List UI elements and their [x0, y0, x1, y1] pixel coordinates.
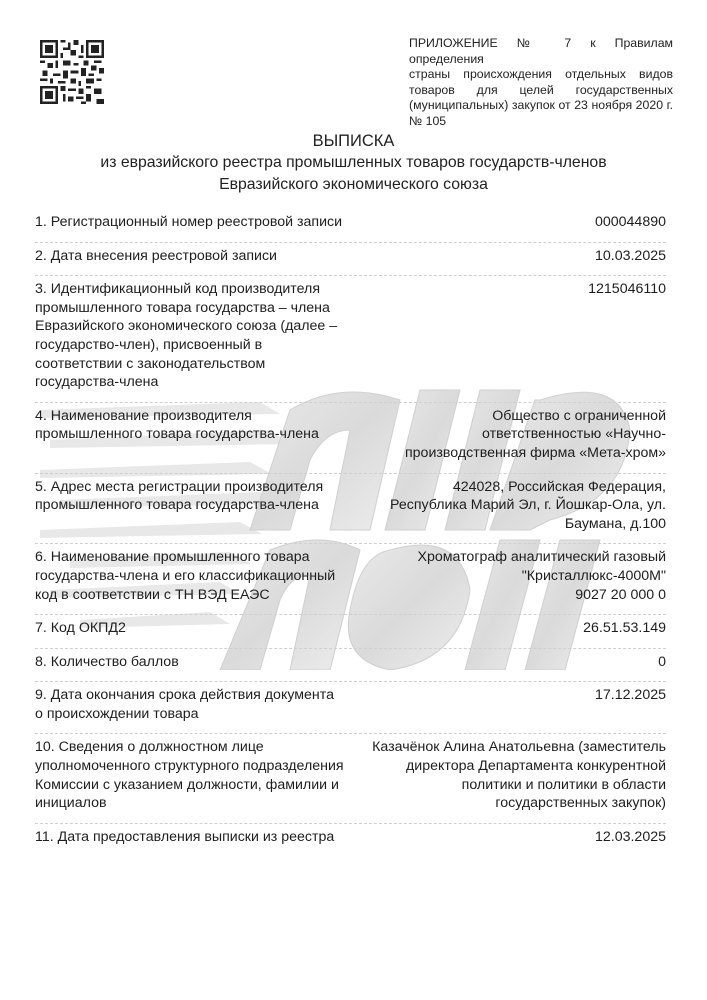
- entry-row: 9. Дата окончания срока действия докумен…: [35, 682, 666, 734]
- entry-value-line: 000044890: [366, 213, 666, 232]
- entry-value: 17.12.2025: [366, 686, 666, 705]
- entry-value: 26.51.53.149: [366, 619, 666, 638]
- entry-value-line: 26.51.53.149: [366, 619, 666, 638]
- entry-value-line: Казачёнок Алина Анатольевна (заместитель: [366, 738, 666, 757]
- entry-value-line: политики и политики в области: [366, 776, 666, 795]
- qr-code-icon: [40, 40, 104, 104]
- entry-value-line: Баумана, д.100: [366, 515, 666, 534]
- entry-label: 6. Наименование промышленного товара гос…: [35, 548, 345, 604]
- entry-label: 2. Дата внесения реестровой записи: [35, 247, 345, 266]
- entry-row: 7. Код ОКПД2 26.51.53.149: [35, 615, 666, 649]
- entry-value: 10.03.2025: [366, 247, 666, 266]
- entry-label: 7. Код ОКПД2: [35, 619, 345, 638]
- appendix-line: ПРИЛОЖЕНИЕ № 7 к Правилам определения: [409, 36, 673, 67]
- entry-value-line: Республика Марий Эл, г. Йошкар-Ола, ул.: [366, 496, 666, 515]
- entry-row: 2. Дата внесения реестровой записи 10.03…: [35, 243, 666, 277]
- entry-label: 9. Дата окончания срока действия докумен…: [35, 686, 345, 723]
- entry-row: 6. Наименование промышленного товара гос…: [35, 544, 666, 615]
- entry-value: Казачёнок Алина Анатольевна (заместитель…: [366, 738, 666, 812]
- entry-value: 000044890: [366, 213, 666, 232]
- entry-value: 1215046110: [366, 280, 666, 299]
- entry-value: Хроматограф аналитический газовый "Крист…: [366, 548, 666, 604]
- register-entries: 1. Регистрационный номер реестровой запи…: [35, 209, 666, 856]
- title-subtitle-line-2: Евразийского экономического союза: [0, 174, 707, 196]
- title-subtitle-line-1: из евразийского реестра промышленных тов…: [0, 152, 707, 174]
- entry-value-line: директора Департамента конкурентной: [366, 757, 666, 776]
- entry-value-line: ответственностью «Научно-: [366, 425, 666, 444]
- entry-row: 4. Наименование производителя промышленн…: [35, 403, 666, 474]
- entry-row: 3. Идентификационный код производителя п…: [35, 276, 666, 403]
- entry-value: 12.03.2025: [366, 828, 666, 847]
- entry-value: Общество с ограниченной ответственностью…: [366, 407, 666, 463]
- entry-label: 4. Наименование производителя промышленн…: [35, 407, 345, 444]
- entry-label: 10. Сведения о должностном лице уполномо…: [35, 738, 345, 812]
- entry-value: 424028, Российская Федерация, Республика…: [366, 478, 666, 534]
- appendix-line: страны происхождения отдельных видов: [409, 67, 673, 83]
- document-title: ВЫПИСКА из евразийского реестра промышле…: [0, 130, 707, 196]
- title-main: ВЫПИСКА: [0, 130, 707, 152]
- entry-label: 5. Адрес места регистрации производителя…: [35, 478, 345, 515]
- entry-row: 8. Количество баллов 0: [35, 649, 666, 683]
- entry-value-line: 12.03.2025: [366, 828, 666, 847]
- entry-value-line: 17.12.2025: [366, 686, 666, 705]
- entry-value: 0: [366, 653, 666, 672]
- entry-row: 11. Дата предоставления выписки из реест…: [35, 824, 666, 857]
- entry-value-line: 9027 20 000 0: [366, 586, 666, 605]
- entry-row: 1. Регистрационный номер реестровой запи…: [35, 209, 666, 243]
- entry-label: 11. Дата предоставления выписки из реест…: [35, 828, 345, 847]
- entry-value-line: Общество с ограниченной: [366, 407, 666, 426]
- entry-value-line: "Кристаллюкс-4000М": [366, 567, 666, 586]
- entry-label: 8. Количество баллов: [35, 653, 345, 672]
- entry-label: 3. Идентификационный код производителя п…: [35, 280, 345, 392]
- entry-row: 5. Адрес места регистрации производителя…: [35, 474, 666, 545]
- entry-value-line: 0: [366, 653, 666, 672]
- entry-label: 1. Регистрационный номер реестровой запи…: [35, 213, 345, 232]
- appendix-line: (муниципальных) закупок от 23 ноября 202…: [409, 98, 673, 114]
- appendix-note: ПРИЛОЖЕНИЕ № 7 к Правилам определения ст…: [409, 36, 673, 130]
- appendix-line: № 105: [409, 114, 673, 130]
- document-page: ПРИЛОЖЕНИЕ № 7 к Правилам определения ст…: [0, 0, 707, 1000]
- entry-value-line: 10.03.2025: [366, 247, 666, 266]
- entry-value-line: производственная фирма «Мета-хром»: [366, 444, 666, 463]
- entry-value-line: 1215046110: [366, 280, 666, 299]
- appendix-line: товаров для целей государственных: [409, 83, 673, 99]
- entry-value-line: 424028, Российская Федерация,: [366, 478, 666, 497]
- entry-value-line: Хроматограф аналитический газовый: [366, 548, 666, 567]
- entry-value-line: государственных закупок): [366, 794, 666, 813]
- entry-row: 10. Сведения о должностном лице уполномо…: [35, 734, 666, 823]
